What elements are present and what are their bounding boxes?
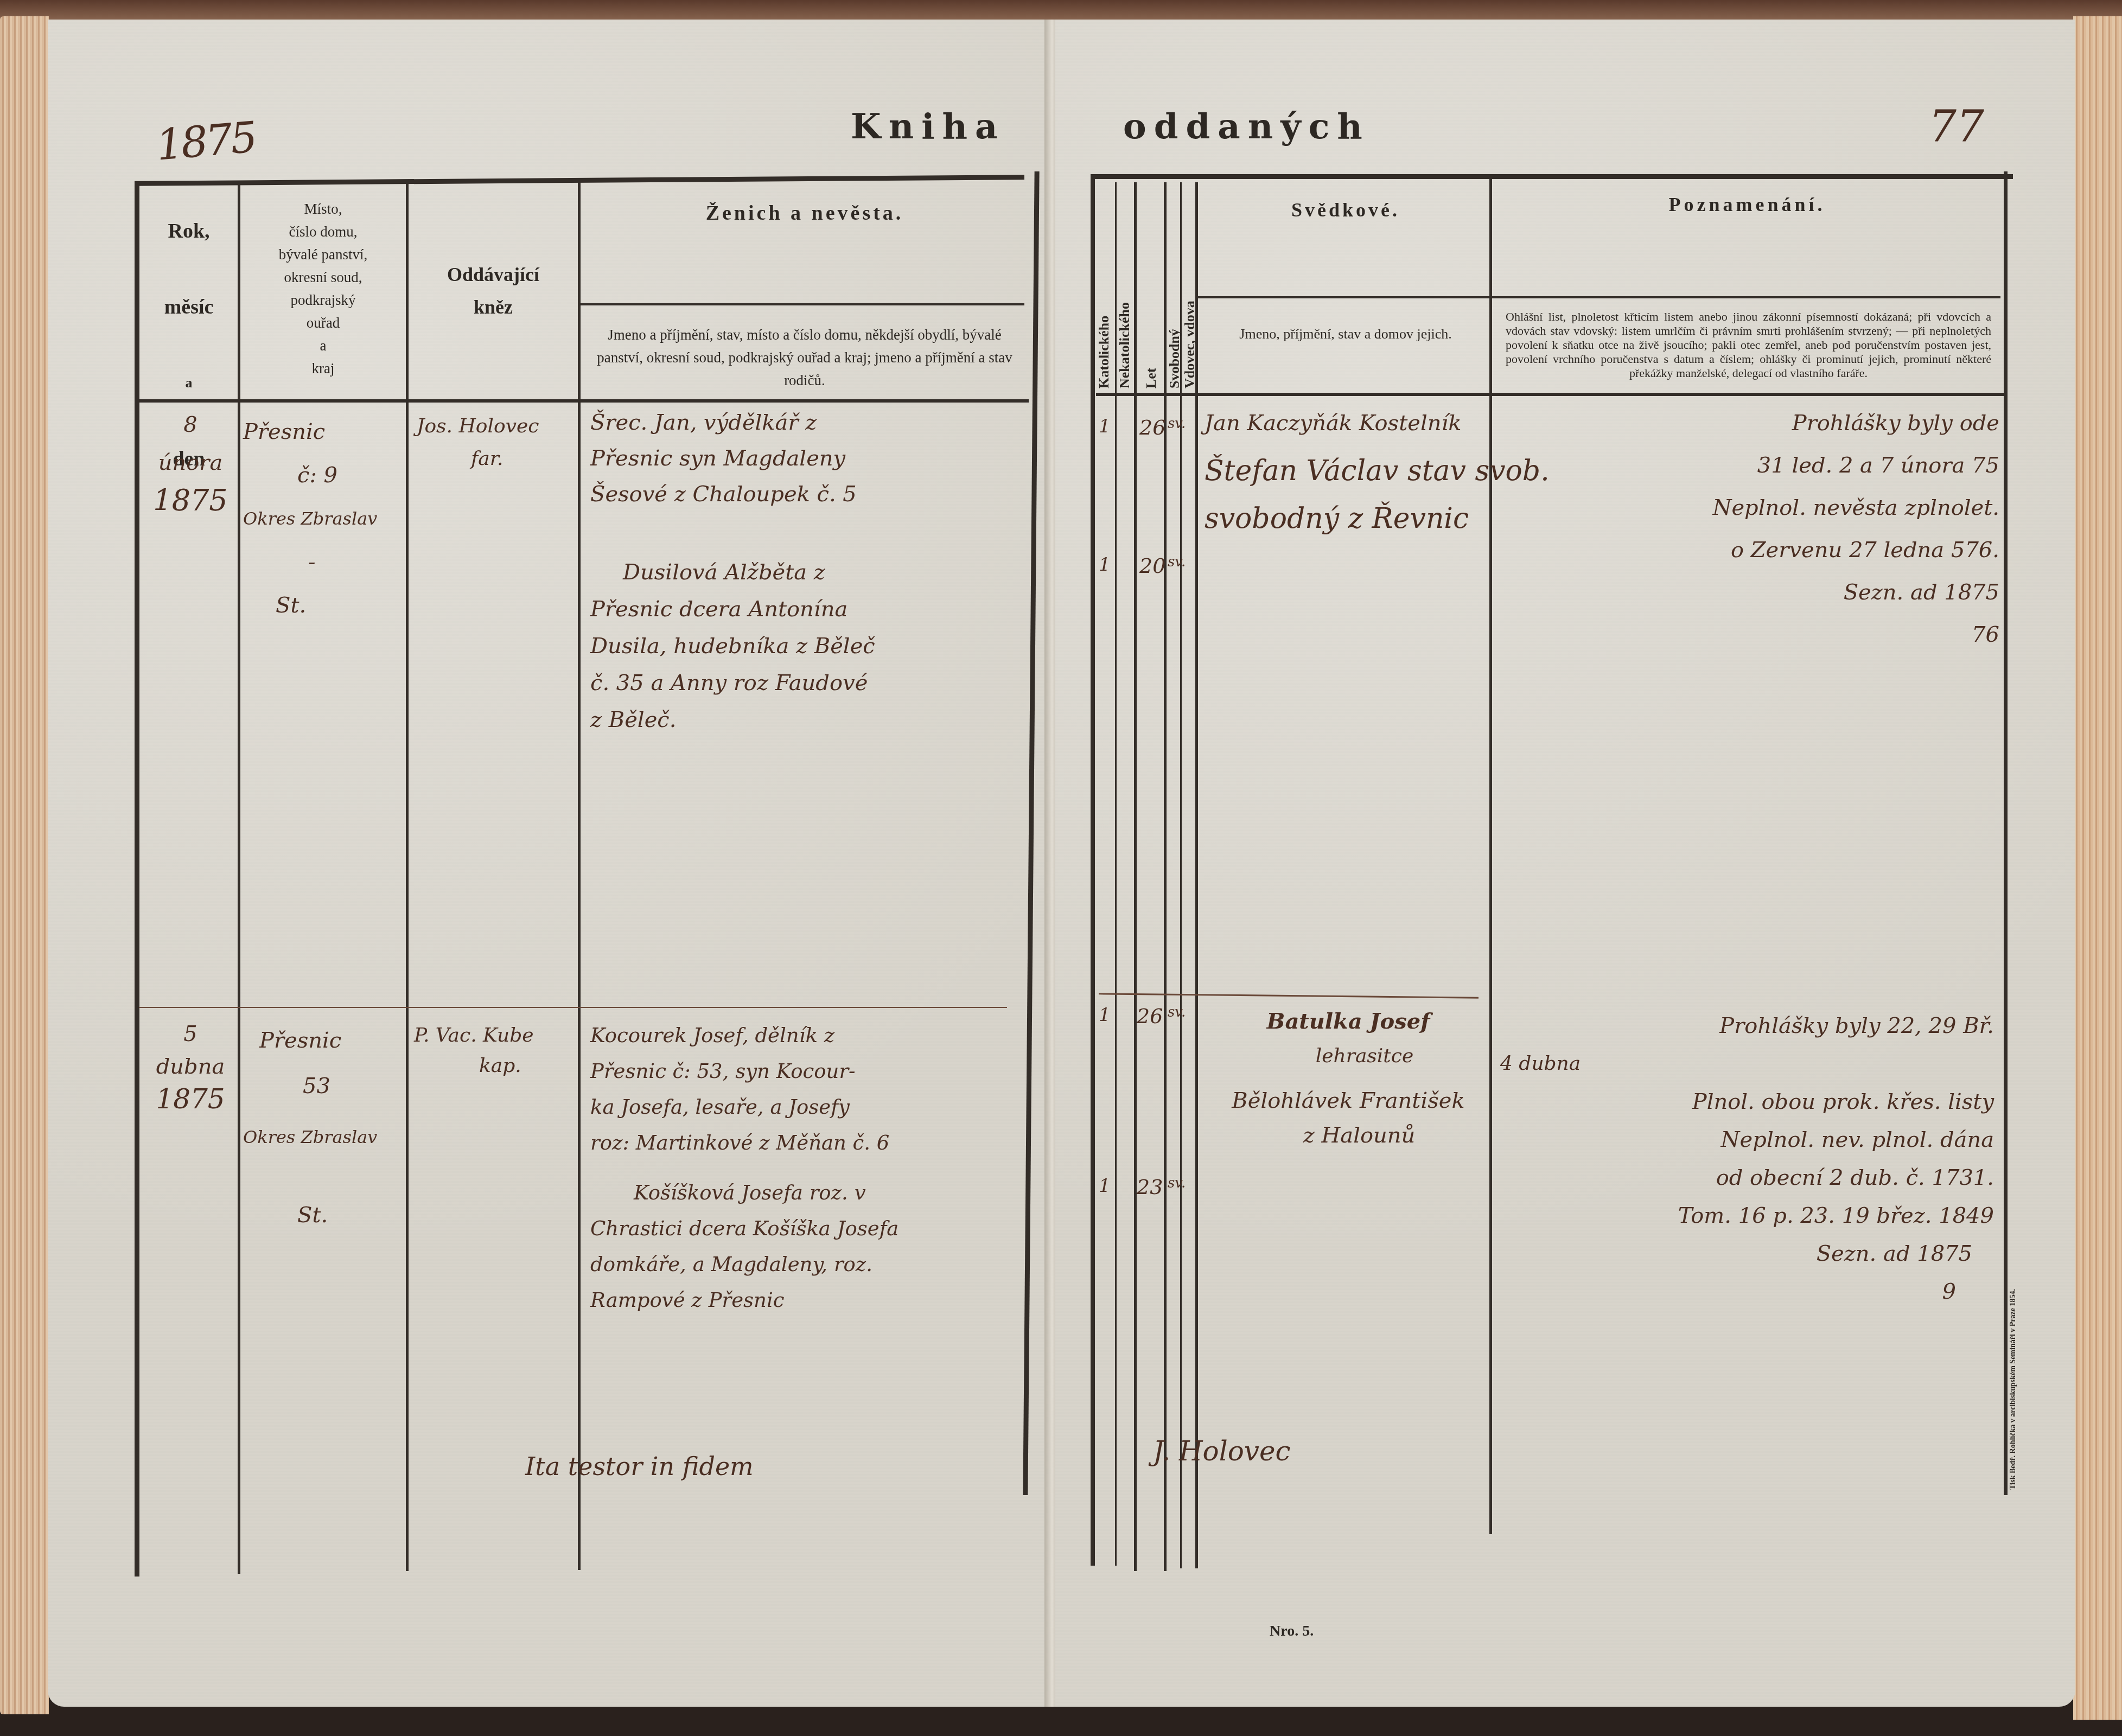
page-edges-right <box>2073 16 2122 1720</box>
header-catholic: Katolického <box>1096 312 1112 388</box>
header-place: Místo, číslo domu, bývalé panství, okres… <box>240 197 406 380</box>
header-couple: Ženich a nevěsta. <box>582 201 1027 225</box>
table-left-border-right <box>1091 177 1095 1566</box>
header-bottom-border <box>139 399 1029 403</box>
entry-2-bride-catholic: 1 <box>1099 1175 1111 1197</box>
page-edges-left <box>0 16 49 1714</box>
entry-2-date: 5 dubna 1875 <box>144 1018 237 1115</box>
year-annotation: 1875 <box>154 113 257 170</box>
header-age: Let <box>1143 356 1159 388</box>
entry-2-groom-age: 26 <box>1137 1004 1163 1028</box>
entry-1-groom-age: 26 <box>1139 416 1165 439</box>
entry-1-bride-single: sv. <box>1168 554 1186 570</box>
entry-separator <box>139 1007 1007 1008</box>
table-right-border-right <box>2004 171 2008 1495</box>
entry-1-bride: Dusilová Alžběta z Přesnic dcera Antonín… <box>590 554 1024 738</box>
col-divider-witnesses <box>1489 178 1492 1534</box>
table-top-border-right <box>1091 174 2013 179</box>
col-divider-single <box>1180 182 1182 1568</box>
entry-1-place: Přesnic č: 9 Okres Zbraslav - St. <box>243 410 406 627</box>
book-title-right: oddaných <box>1123 106 1370 147</box>
entry-1-groom: Šrec. Jan, výdělkář z Přesnic syn Magdal… <box>590 405 1024 512</box>
book-cover-top <box>0 0 2122 22</box>
attestation-text: Ita testor in fidem <box>525 1452 754 1481</box>
entry-2-place: Přesnic 53 Okres Zbraslav St. <box>243 1018 406 1238</box>
header-notes-sublabel: Ohlášní list, plnoletost křticím listem … <box>1506 310 1991 380</box>
col-divider-1 <box>238 185 240 1574</box>
entry-1-notes: Prohlášky byly ode 31 led. 2 a 7 února 7… <box>1511 402 2005 656</box>
entry-2-groom-single: sv. <box>1168 1004 1186 1020</box>
entry-1-date: 8 února 1875 <box>150 406 231 520</box>
entry-2-bride-age: 23 <box>1137 1175 1163 1199</box>
header-noncatholic: Nekatolického <box>1117 285 1133 388</box>
right-header-bottom <box>1096 393 2005 396</box>
col-divider-catholic <box>1115 182 1117 1566</box>
left-page: 1875 Kniha Rok, měsíc a den Místo, číslo… <box>48 20 1052 1707</box>
entry-2-bride: Košíšková Josefa roz. v Chrastici dcera … <box>590 1175 1030 1318</box>
col-divider-widowed <box>1195 182 1198 1568</box>
priest-signature: J. Holovec <box>1153 1435 1291 1467</box>
entry-1-priest: Jos. Holovec far. <box>417 410 574 475</box>
header-priest: Oddávající kněz <box>409 258 578 323</box>
table-left-border <box>135 182 139 1577</box>
col-divider-3 <box>578 181 581 1570</box>
header-couple-sublabel: Jmeno a příjmění, stav, místo a číslo do… <box>596 323 1014 392</box>
header-single: Svobodný <box>1167 321 1183 388</box>
book-title-left: Kniha <box>851 106 1005 147</box>
header-notes: Poznamenání. <box>1492 193 2002 216</box>
entry-2-priest: P. Vac. Kube kap. <box>414 1020 577 1081</box>
entry-2-witnesses: Batulka Josef lehrasitce Bělohlávek Fran… <box>1213 1004 1484 1153</box>
entry-1-bride-catholic: 1 <box>1099 554 1111 576</box>
header-witnesses: Svědkové. <box>1202 199 1489 221</box>
entry-2-groom: Kocourek Josef, dělník z Přesnic č: 53, … <box>590 1018 1030 1161</box>
form-number: Nro. 5. <box>1270 1623 1314 1640</box>
col-divider-noncatholic <box>1134 182 1137 1571</box>
right-page: oddaných 77 Katolického Nekatolického Le… <box>1055 20 2075 1707</box>
entry-2-groom-catholic: 1 <box>1099 1004 1111 1026</box>
header-witnesses-sublabel: Jmeno, příjmění, stav a domov jejich. <box>1202 326 1489 342</box>
right-entry-separator <box>1099 993 1479 998</box>
header-widowed: Vdovec, vdova <box>1182 291 1198 388</box>
entry-1-groom-single: sv. <box>1168 416 1186 432</box>
page-number: 77 <box>1929 101 1984 151</box>
col-divider-age <box>1164 182 1167 1571</box>
col-divider-2 <box>406 182 409 1571</box>
entry-2-bride-single: sv. <box>1168 1175 1186 1191</box>
right-header-divider <box>1197 296 2000 298</box>
entry-1-bride-age: 20 <box>1139 554 1165 578</box>
entry-2-notes: Prohlášky byly 22, 29 Bř. 4 dubna Plnol.… <box>1500 1007 1994 1311</box>
couple-header-divider <box>579 303 1024 305</box>
entry-1-groom-catholic: 1 <box>1099 416 1111 437</box>
printer-imprint: Tisk Bedř. Rohlíčka v arcibiskupském Sem… <box>2009 1289 2018 1490</box>
